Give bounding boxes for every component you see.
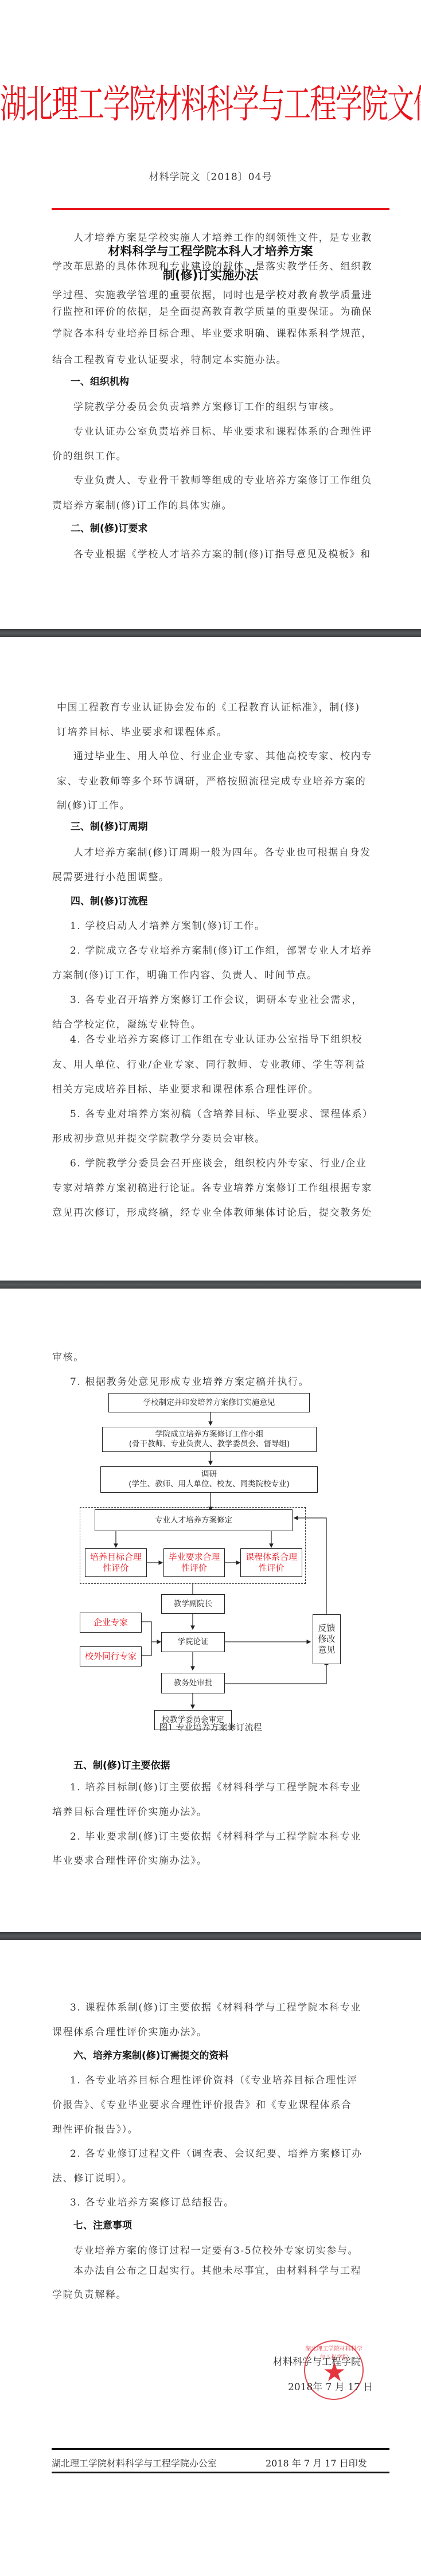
section-5-line: 毕业要求合理性评价实施办法》。 <box>52 1852 208 1867</box>
section-6-line: 3. 各专业培养方案修订总结报告。 <box>70 2194 235 2208</box>
flow-node-label: 教务处审批 <box>174 1679 213 1688</box>
flowchart-connectors <box>0 0 421 2576</box>
section-5-line: 2. 毕业要求制(修)订主要依据《材料科学与工程学院本科专业 <box>70 1828 361 1843</box>
section-6-line: 价报告》、《专业毕业要求合理性评价报告》和《专业课程体系合 <box>52 2097 352 2111</box>
flow-node-college-review: 学院论证 <box>161 1632 225 1652</box>
section-7-line: 本办法自公布之日起实行。其他未尽事宜，由材料科学与工程 <box>73 2262 361 2277</box>
flow-node-peer-expert: 校外同行专家 <box>80 1646 142 1666</box>
section-7-line: 学院负责解释。 <box>52 2286 127 2301</box>
section-6-line: 2. 各专业修订过程文件（调查表、会议纪要、培养方案修订办 <box>70 2145 362 2160</box>
section-heading-5: 五、制(修)订主要依据 <box>73 1757 170 1771</box>
footer-top-rule <box>52 2448 389 2450</box>
flow-node-label: 修改 <box>318 1634 335 1645</box>
flow-node-vice-dean: 教学副院长 <box>161 1594 225 1614</box>
flow-node-label: 调研 <box>201 1470 217 1480</box>
flow-node-label: 专业人才培养方案修定 <box>155 1516 232 1525</box>
flow-node-label: 学校制定并印发培养方案修订实施意见 <box>143 1398 275 1408</box>
flow-node-label: (骨干教师、专业负责人、教学委员会、督导组) <box>129 1439 290 1449</box>
signature-date: 2018年 7 月 17 日 <box>288 2379 373 2393</box>
flow-node-feedback: 反馈 修改 意见 <box>313 1614 341 1664</box>
section-5-line: 课程体系合理性评价实施办法》。 <box>52 2024 208 2038</box>
section-7-line: 专业培养方案的修订过程一定要有3-5位校外专家切实参与。 <box>73 2242 358 2257</box>
section-5-line: 3. 课程体系制(修)订主要依据《材料科学与工程学院本科专业 <box>70 1999 361 2013</box>
flow-node-eval-graduation: 毕业要求合理 性评价 <box>163 1548 225 1577</box>
flow-node-eval-curriculum: 课程体系合理 性评价 <box>240 1548 302 1577</box>
flow-node-label: 性评价 <box>258 1563 284 1574</box>
flow-node-label: 反馈 <box>318 1623 335 1634</box>
flow-node-label: 学院成立培养方案修订工作小组 <box>155 1430 264 1439</box>
section-6-line: 理性评价报告》）。 <box>52 2121 138 2136</box>
flow-node-plan-revision: 专业人才培养方案修定 <box>95 1509 293 1531</box>
flow-node-school-opinion: 学校制定并印发培养方案修订实施意见 <box>108 1393 310 1412</box>
footer-bottom-rule <box>52 2472 389 2473</box>
section-6-line: 1. 各专业培养目标合理性评价资料（《专业培养目标合理性评 <box>70 2072 358 2086</box>
section-heading-6: 六、培养方案制(修)订需提交的资料 <box>73 2047 229 2062</box>
flow-node-research: 调研 (学生、教师、用人单位、校友、同类院校专业) <box>100 1466 318 1493</box>
section-6-line: 法、修订说明）。 <box>52 2170 132 2184</box>
flow-node-working-group: 学院成立培养方案修订工作小组 (骨干教师、专业负责人、教学委员会、督导组) <box>102 1427 317 1452</box>
section-5-line: 1. 培养目标制(修)订主要依据《材料科学与工程学院本科专业 <box>70 1779 361 1793</box>
flow-node-industry-expert: 企业专家 <box>80 1613 142 1633</box>
flow-node-eval-objectives: 培养目标合理 性评价 <box>85 1548 147 1577</box>
flow-node-academic-affairs: 教务处审批 <box>161 1673 225 1693</box>
section-5-line: 培养目标合理性评价实施办法》。 <box>52 1804 208 1818</box>
flow-node-label: (学生、教师、用人单位、校友、同类院校专业) <box>128 1480 290 1489</box>
signature-organization: 材料科学与工程学院 <box>273 2353 361 2368</box>
flow-node-label: 企业专家 <box>93 1617 128 1628</box>
flow-node-label: 性评价 <box>181 1563 207 1574</box>
flow-node-label: 教学副院长 <box>174 1599 213 1609</box>
footer-issue-date: 2018 年 7 月 17 日印发 <box>266 2456 367 2469</box>
flow-node-label: 培养目标合理 <box>90 1552 142 1563</box>
flow-node-label: 性评价 <box>103 1563 128 1574</box>
flow-node-label: 学院论证 <box>178 1637 209 1647</box>
flow-node-label: 校外同行专家 <box>85 1651 137 1662</box>
page-separator <box>0 1932 421 1940</box>
flow-node-label: 毕业要求合理 <box>168 1552 220 1563</box>
section-heading-7: 七、注意事项 <box>73 2217 132 2231</box>
footer-office: 湖北理工学院材料科学与工程学院办公室 <box>52 2456 217 2469</box>
figure-caption: 图1 专业培养方案修订流程 <box>0 1721 421 1733</box>
flow-node-label: 课程体系合理 <box>245 1552 297 1563</box>
flow-node-label: 意见 <box>318 1645 335 1656</box>
